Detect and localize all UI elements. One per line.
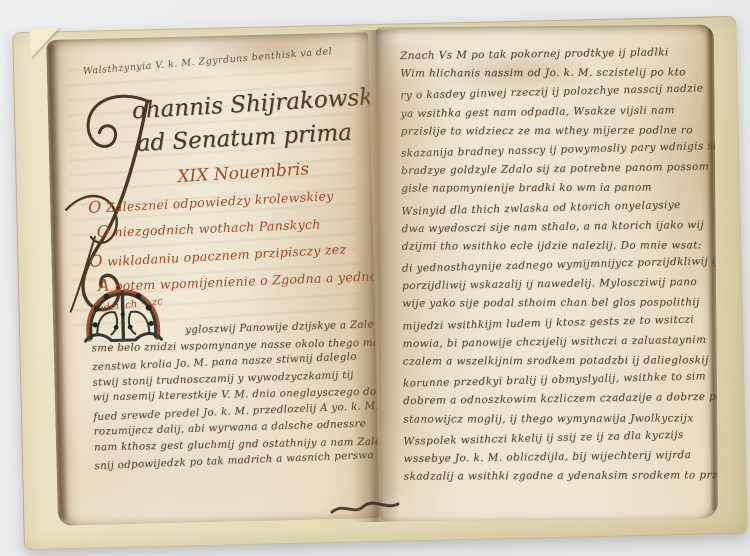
right-page: Znach Vs M po tak pokornej prodtkye ij p… [376,25,718,522]
manuscript-line: dobrem a odnoszkowim kczliczem czadazije… [403,391,709,414]
left-page: Walsthzynyia V. k. M. Zgyrduns benthisk … [46,32,380,526]
manuscript-line: ya wsithka gest nam odpadla, Wsakze vijs… [401,103,707,126]
title-line-2: ad Senatum prima [136,120,352,157]
manuscript-line: dwa wyedosczi sije nam sthalo, a na ktor… [402,218,708,241]
title-line-1: ohannis Shijrakowsky [131,83,380,124]
header-line: Walsthzynyia V. k. M. Zgyrduns benthisk … [83,46,333,77]
binding-crease-icon [330,492,400,522]
date-line: XIX Nouembris [177,159,310,187]
left-page-body: ygloszwij Panowije dzijskye a Zalesme be… [91,320,375,475]
right-page-body: Znach Vs M po tak pokornej prodtkye ij p… [400,47,710,491]
manuscript-line: skadzalij a wsithki zgodne a ydenaksim s… [404,469,710,490]
manuscript-photo: Walsthzynyia V. k. M. Zgyrduns benthisk … [0,0,750,556]
